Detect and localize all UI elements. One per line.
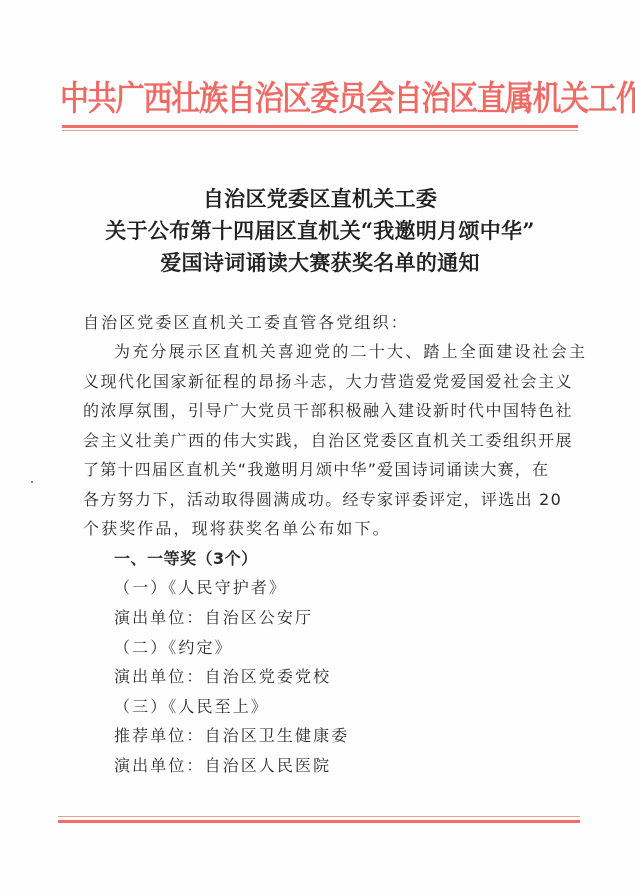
award-entry-unit: 演出单位：自治区公安厅 xyxy=(114,607,586,629)
body-paragraph-line: 的浓厚氛围，引导广大党员干部积极融入建设新时代中国特色社 xyxy=(83,400,555,422)
document-page: 中共广西壮族自治区委员会自治区直属机关工作委员会 自治区党委区直机关工委 关于公… xyxy=(0,0,635,894)
scan-artifact-mark xyxy=(31,481,33,483)
award-entry-unit: 推荐单位：自治区卫生健康委 xyxy=(114,725,586,747)
award-entry-unit: 演出单位：自治区党委党校 xyxy=(114,666,586,688)
body-paragraph-line: 各方努力下，活动取得圆满成功。经专家评委评定，评选出 20 xyxy=(83,489,555,511)
body-paragraph-line: 个获奖作品，现将获奖名单公布如下。 xyxy=(83,518,555,540)
salutation: 自治区党委区直机关工委直管各党组织： xyxy=(83,312,555,334)
masthead-title: 中共广西壮族自治区委员会自治区直属机关工作委员会 xyxy=(60,72,580,120)
masthead-rule-thick xyxy=(62,125,578,128)
award-section-heading: 一、一等奖（3个） xyxy=(114,548,586,570)
award-entry-title: （三）《人民至上》 xyxy=(114,696,586,718)
masthead-rule-thin xyxy=(62,130,578,131)
notice-title-line-1: 自治区党委区直机关工委 xyxy=(60,183,580,213)
footer-rule-thick xyxy=(58,820,580,823)
notice-title-line-3: 爱国诗词诵读大赛获奖名单的通知 xyxy=(60,247,580,277)
award-entry-title: （二）《约定》 xyxy=(114,637,586,659)
notice-title-line-2: 关于公布第十四届区直机关“我邀明月颂中华” xyxy=(60,215,580,245)
body-paragraph-line: 会主义壮美广西的伟大实践，自治区党委区直机关工委组织开展 xyxy=(83,430,555,452)
award-entry-title: （一）《人民守护者》 xyxy=(114,577,586,599)
body-paragraph-line: 了第十四届区直机关“我邀明月颂中华”爱国诗词诵读大赛，在 xyxy=(83,459,555,481)
footer-rule-thin xyxy=(58,816,580,817)
body-paragraph-line: 义现代化国家新征程的昂扬斗志，大力营造爱党爱国爱社会主义 xyxy=(83,371,555,393)
award-entry-unit: 演出单位：自治区人民医院 xyxy=(114,755,586,777)
body-paragraph-line: 为充分展示区直机关喜迎党的二十大、踏上全面建设社会主 xyxy=(114,341,586,363)
